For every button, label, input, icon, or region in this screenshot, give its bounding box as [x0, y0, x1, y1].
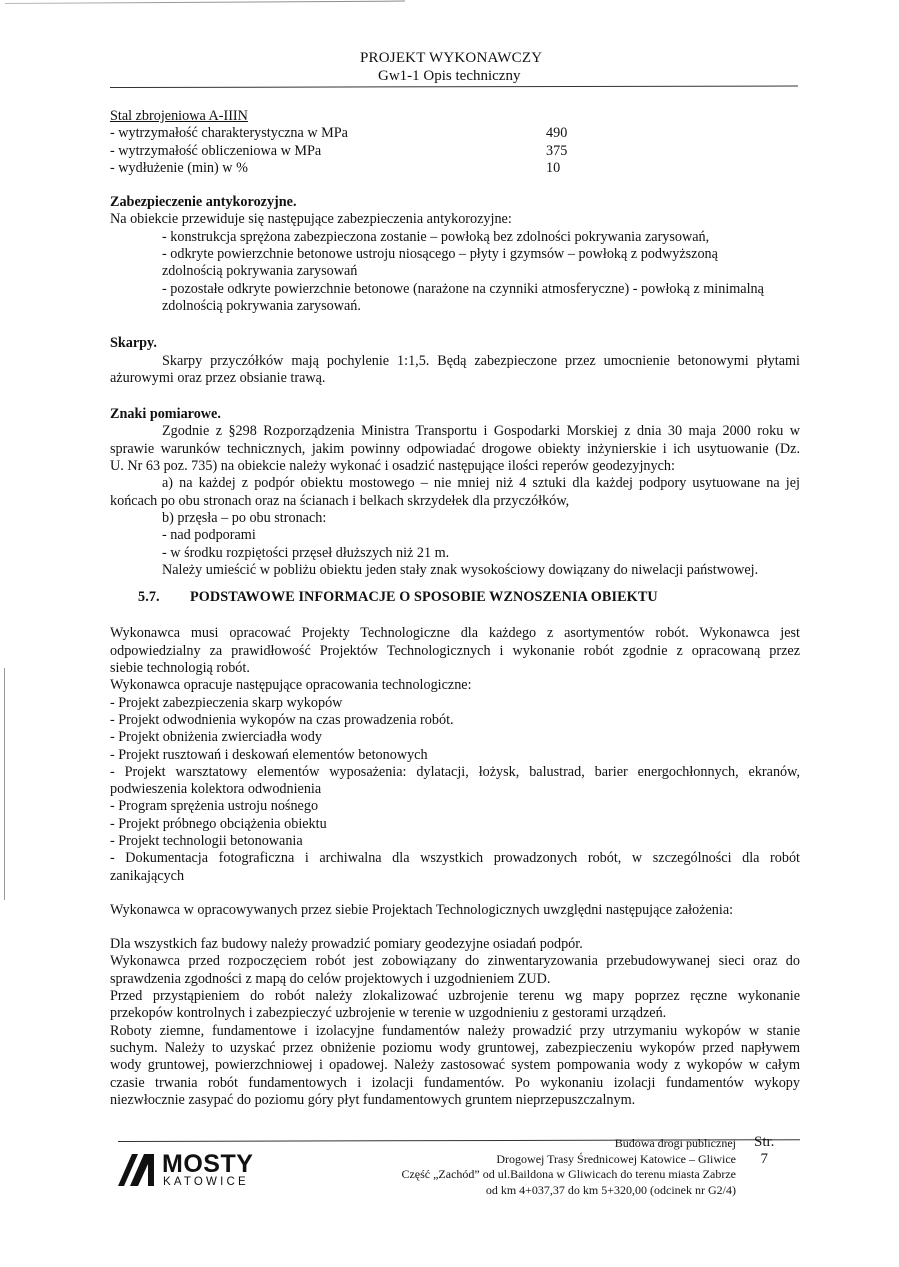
assumption-text: Wykonawca przed rozpoczęciem robót jest …: [110, 953, 800, 970]
steel-heading: Stal zbrojeniowa A-IIIN: [110, 108, 800, 125]
page-number-block: Str. 7: [754, 1134, 774, 1168]
section-title: PODSTAWOWE INFORMACJE O SPOSOBIE WZNOSZE…: [190, 589, 658, 605]
anticorrosion-item: - konstrukcja sprężona zabezpieczona zos…: [110, 229, 800, 246]
anticorrosion-item: - pozostałe odkryte powierzchnie betonow…: [110, 281, 800, 298]
footer-line: Część „Zachód” od ul.Baildona w Gliwicac…: [401, 1167, 736, 1183]
assumption-text: niezwłocznie zasypać do poziomu góry pły…: [110, 1092, 800, 1109]
section-text: Wykonawca musi opracować Projekty Techno…: [110, 625, 800, 642]
footer-line: Budowa drogi publicznej: [401, 1136, 736, 1152]
slopes-text: Skarpy przyczółków mają pochylenie 1:1,5…: [110, 353, 800, 370]
marks-text: Zgodnie z §298 Rozporządzenia Ministra T…: [110, 423, 800, 440]
list-item: - Projekt zabezpieczenia skarp wykopów: [110, 695, 800, 712]
assumption-text: suchym. Należy to uzyskać przez obniżeni…: [110, 1040, 800, 1057]
assumptions-intro: Wykonawca w opracowywanych przez siebie …: [110, 902, 800, 919]
anticorrosion-intro: Na obiekcie przewiduje się następujące z…: [110, 211, 800, 228]
logo-word: MOSTY: [162, 1150, 253, 1179]
section-heading: 5.7.PODSTAWOWE INFORMACJE O SPOSOBIE WZN…: [138, 589, 800, 606]
company-logo: MOSTY KATOWICE: [118, 1152, 268, 1192]
list-item: - Program sprężenia ustroju nośnego: [110, 798, 800, 815]
list-item: - Projekt odwodnienia wykopów na czas pr…: [110, 712, 800, 729]
header-title: PROJEKT WYKONAWCZY: [360, 50, 542, 67]
steel-label: - wydłużenie (min) w %: [110, 160, 546, 177]
assumption-text: wody gruntowej, powierzchniowej i opadow…: [110, 1057, 800, 1074]
scan-artifact-left: [4, 668, 5, 900]
steel-row: - wytrzymałość charakterystyczna w MPa 4…: [110, 125, 800, 142]
list-item: podwieszenia kolektora odwodnienia: [110, 781, 800, 798]
footer-line: Drogowej Trasy Średnicowej Katowice – Gl…: [401, 1152, 736, 1168]
assumption-text: przekopów kontrolnych i zabezpieczyć uzb…: [110, 1005, 800, 1022]
assumption-text: sprawdzenia zgodności z mapą do celów pr…: [110, 971, 800, 988]
marks-item-b1: - nad podporami: [110, 527, 800, 544]
section-number: 5.7.: [138, 589, 190, 606]
section-text: odpowiedzialny za prawidłowość Projektów…: [110, 643, 800, 660]
page-number: 7: [754, 1151, 774, 1168]
anticorrosion-heading: Zabezpieczenie antykorozyjne.: [110, 194, 800, 211]
steel-value: 490: [546, 125, 567, 142]
header-rule: [110, 86, 798, 88]
steel-label: - wytrzymałość obliczeniowa w MPa: [110, 143, 546, 160]
steel-row: - wytrzymałość obliczeniowa w MPa 375: [110, 143, 800, 160]
anticorrosion-item: - odkryte powierzchnie betonowe ustroju …: [110, 246, 800, 263]
header-subtitle: Gw1-1 Opis techniczny: [378, 68, 520, 85]
marks-item-a: a) na każdej z podpór obiektu mostowego …: [110, 475, 800, 492]
footer-project-info: Budowa drogi publicznej Drogowej Trasy Ś…: [401, 1136, 736, 1198]
steel-label: - wytrzymałość charakterystyczna w MPa: [110, 125, 546, 142]
assumption-text: Roboty ziemne, fundamentowe i izolacyjne…: [110, 1023, 800, 1040]
marks-text: sprawie warunków technicznych, jakim pow…: [110, 441, 800, 458]
marks-heading: Znaki pomiarowe.: [110, 406, 800, 423]
list-item: - Projekt technologii betonowania: [110, 833, 800, 850]
marks-final: Należy umieścić w pobliżu obiektu jeden …: [110, 562, 800, 579]
section-text: siebie technologią robót.: [110, 660, 800, 677]
scan-artifact-top: [5, 1, 405, 4]
slopes-text: ażurowymi oraz przez obsianie trawą.: [110, 370, 800, 387]
list-item: - Projekt warsztatowy elementów wyposaże…: [110, 764, 800, 781]
list-item: - Projekt rusztowań i deskowań elementów…: [110, 747, 800, 764]
page-content: Stal zbrojeniowa A-IIIN - wytrzymałość c…: [110, 108, 800, 1109]
steel-value: 10: [546, 160, 560, 177]
list-item: zanikających: [110, 868, 800, 885]
assumption-text: Dla wszystkich faz budowy należy prowadz…: [110, 936, 800, 953]
steel-row: - wydłużenie (min) w % 10: [110, 160, 800, 177]
list-intro: Wykonawca opracuje następujące opracowan…: [110, 677, 800, 694]
marks-item-b: b) przęsła – po obu stronach:: [110, 510, 800, 527]
marks-item-b2: - w środku rozpiętości przęseł dłuższych…: [110, 545, 800, 562]
list-item: - Dokumentacja fotograficzna i archiwaln…: [110, 850, 800, 867]
marks-text: U. Nr 63 poz. 735) na obiekcie należy wy…: [110, 458, 800, 475]
logo-subtitle: KATOWICE: [163, 1176, 249, 1188]
assumption-text: czasie trwania robót fundamentowych i iz…: [110, 1075, 800, 1092]
footer-line: od km 4+037,37 do km 5+320,00 (odcinek n…: [401, 1183, 736, 1199]
mosty-logo-icon: [118, 1154, 154, 1186]
list-item: - Projekt próbnego obciążenia obiektu: [110, 816, 800, 833]
assumption-text: Przed przystąpieniem do robót należy zlo…: [110, 988, 800, 1005]
anticorrosion-item: zdolnością pokrywania zarysowań: [110, 263, 800, 280]
slopes-heading: Skarpy.: [110, 335, 800, 352]
steel-value: 375: [546, 143, 567, 160]
anticorrosion-item: zdolnością pokrywania zarysowań.: [110, 298, 800, 315]
page-label: Str.: [754, 1134, 774, 1151]
list-item: - Projekt obniżenia zwierciadła wody: [110, 729, 800, 746]
marks-item-a: końcach po obu stronach oraz na ścianach…: [110, 493, 800, 510]
